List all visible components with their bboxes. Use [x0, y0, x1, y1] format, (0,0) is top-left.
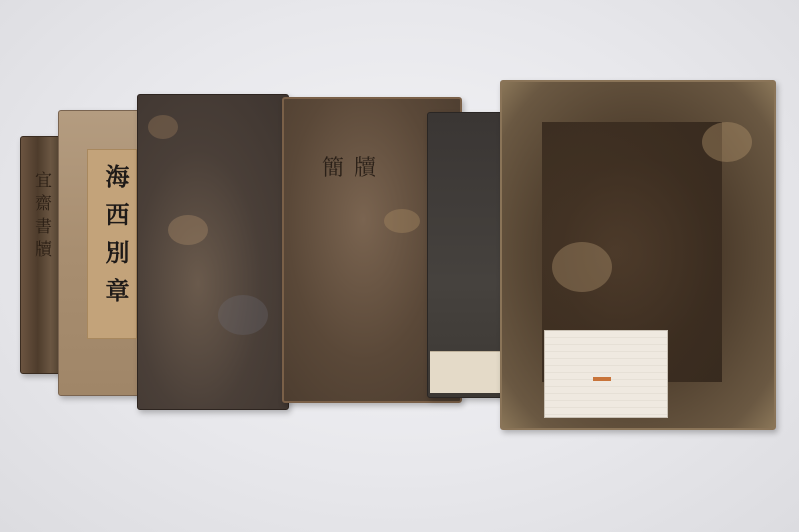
book-3 [137, 94, 289, 410]
book-5 [427, 112, 507, 398]
book-4-title: 簡牘 [322, 151, 386, 182]
book-2-title-slip: 海西別章 [87, 149, 137, 339]
book-6 [500, 80, 776, 430]
book-2: 海西別章 [58, 110, 144, 396]
book-6-paper-label [544, 330, 668, 418]
book-1-title: 宜齋書牘 [29, 171, 54, 263]
book-2-title: 海西別章 [98, 164, 133, 316]
book-5-bottom-label [430, 351, 504, 393]
